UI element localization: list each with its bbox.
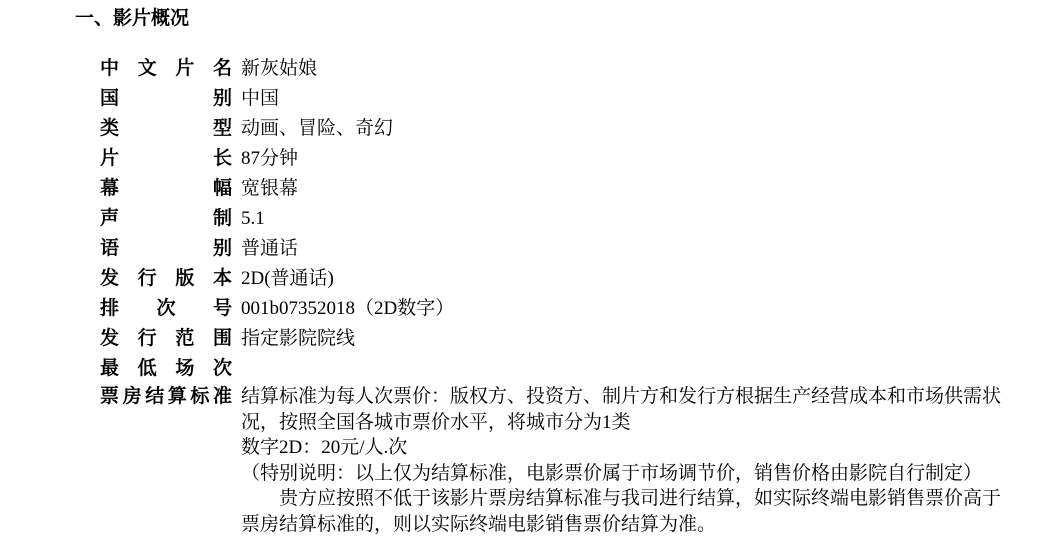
field-label: 排次号 [100,294,232,324]
field-label: 幕幅 [100,174,232,204]
field-value: 宽银幕 [241,174,298,204]
field-row-release-version: 发行版本 2D(普通话) [100,264,1030,294]
settlement-paragraph: （特别说明：以上仅为结算标准，电影票价属于市场调节价，销售价格由影院自行制定） [241,461,1013,487]
field-value: 动画、冒险、奇幻 [241,114,393,144]
field-value: 指定影院院线 [241,324,355,354]
section-title: 一、影片概况 [75,8,189,30]
field-row-chinese-title: 中文片名 新灰姑娘 [100,54,1030,84]
field-row-screen-format: 幕幅 宽银幕 [100,174,1030,204]
film-overview-document: 一、影片概况 中文片名 新灰姑娘 国别 中国 类型 动画、冒险、奇幻 片长 87… [0,0,1056,536]
field-label: 票房结算标准 [100,384,232,410]
settlement-paragraph: 贵方应按照不低于该影片票房结算标准与我司进行结算，如实际终端电影销售票价高于票房… [241,486,1013,536]
field-value: 2D(普通话) [241,264,334,294]
field-row-language: 语别 普通话 [100,234,1030,264]
field-row-runtime: 片长 87分钟 [100,144,1030,174]
field-row-minimum-screenings: 最低场次 [100,354,1030,384]
field-value: 001b07352018（2D数字） [241,294,454,324]
field-label: 发行版本 [100,264,232,294]
field-list: 中文片名 新灰姑娘 国别 中国 类型 动画、冒险、奇幻 片长 87分钟 幕幅 宽… [100,54,1030,536]
settlement-paragraphs: 结算标准为每人次票价：版权方、投资方、制片方和发行方根据生产经营成本和市场供需状… [241,384,1013,536]
field-label: 声制 [100,204,232,234]
field-row-genre: 类型 动画、冒险、奇幻 [100,114,1030,144]
field-row-country: 国别 中国 [100,84,1030,114]
field-row-sequence-number: 排次号 001b07352018（2D数字） [100,294,1030,324]
field-label: 语别 [100,234,232,264]
field-row-sound-system: 声制 5.1 [100,204,1030,234]
field-value: 中国 [241,84,279,114]
field-label: 发行范围 [100,324,232,354]
field-label: 中文片名 [100,54,232,84]
field-label: 国别 [100,84,232,114]
settlement-paragraph: 数字2D：20元/人.次 [241,435,1013,461]
field-label: 最低场次 [100,354,232,384]
field-label: 类型 [100,114,232,144]
field-value: 普通话 [241,234,298,264]
field-value: 87分钟 [241,144,298,174]
field-label: 片长 [100,144,232,174]
settlement-paragraph: 结算标准为每人次票价：版权方、投资方、制片方和发行方根据生产经营成本和市场供需状… [241,384,1013,435]
field-value: 新灰姑娘 [241,54,317,84]
field-row-box-office-settlement: 票房结算标准 结算标准为每人次票价：版权方、投资方、制片方和发行方根据生产经营成… [100,384,1030,536]
field-value: 5.1 [241,204,265,234]
field-row-distribution-scope: 发行范围 指定影院院线 [100,324,1030,354]
